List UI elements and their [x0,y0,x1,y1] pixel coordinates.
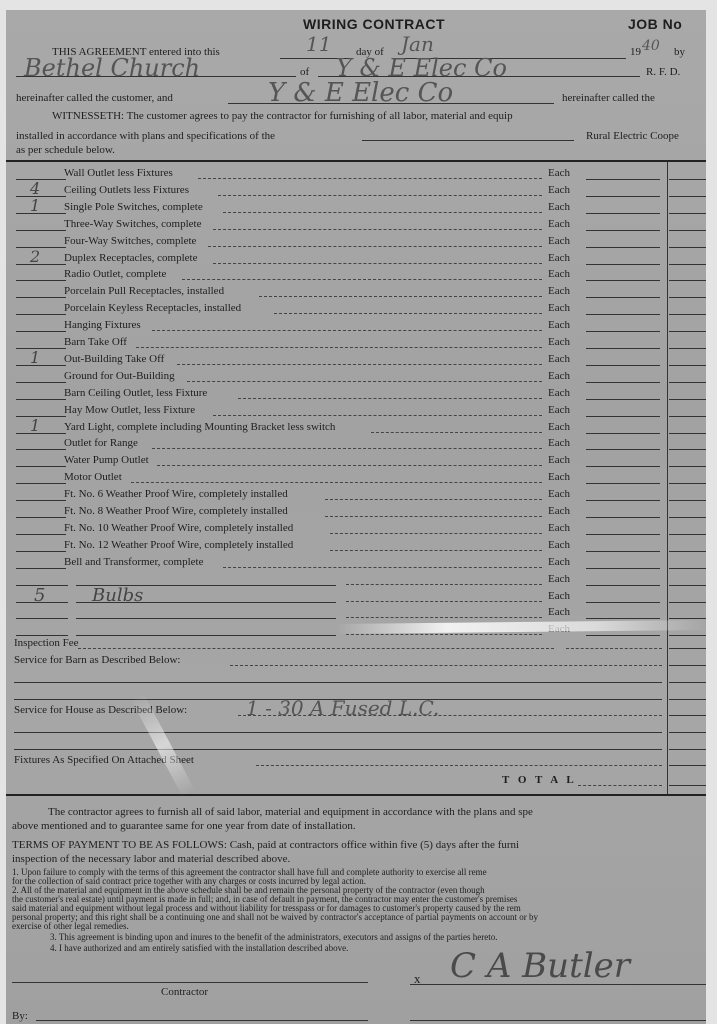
schedule-row: Radio Outlet, completeEach [6,267,706,284]
leader-dots [330,550,542,551]
inspection-fee-leader [78,648,554,649]
amount-line [669,732,706,733]
amount-field[interactable] [669,483,706,484]
schedule-row: Hanging FixturesEach [6,318,706,335]
amount-field[interactable] [669,179,706,180]
schedule-row: Porcelain Keyless Receptacles, installed… [6,301,706,318]
unit-price-field[interactable] [586,433,660,434]
amount-field[interactable] [669,348,706,349]
unit-label: Each [548,319,570,331]
leader-dots [218,195,542,196]
leader-dots [187,381,542,382]
item-label: Ft. No. 6 Weather Proof Wire, completely… [64,488,288,500]
inspection-fee-label: Inspection Fee [14,637,78,649]
item-description-field[interactable] [76,618,336,619]
schedule-row: Three-Way Switches, completeEach [6,217,706,234]
leader-dots [346,634,542,635]
item-description-value: Bulbs [92,585,143,606]
leader-dots [213,263,542,264]
unit-price-field[interactable] [586,196,660,197]
leader-dots [131,482,542,483]
amount-line [669,749,706,750]
leader-dots [152,330,542,331]
item-label: Hay Mow Outlet, less Fixture [64,404,195,416]
quantity-field[interactable] [16,382,66,383]
year-prefix: 19 [630,46,641,58]
day-value: 11 [306,32,331,56]
unit-label: Each [548,573,570,585]
item-label: Out-Building Take Off [64,353,164,365]
schedule-row: 1Yard Light, complete including Mounting… [6,420,706,437]
quantity-field[interactable] [16,331,66,332]
unit-price-field[interactable] [586,348,660,349]
schedule-row: 1Out-Building Take OffEach [6,352,706,369]
unit-label: Each [548,539,570,551]
quantity-value: 5 [34,585,45,606]
item-label: Barn Take Off [64,336,127,348]
quantity-field[interactable] [16,399,66,400]
quantity-field[interactable] [16,348,66,349]
hereinafter-customer-text: hereinafter called the customer, and [16,92,173,104]
schedule-row: Hay Mow Outlet, less FixtureEach [6,403,706,420]
amount-field[interactable] [669,230,706,231]
unit-price-field[interactable] [586,618,660,619]
amount-field[interactable] [669,433,706,434]
leader-dots [325,499,542,500]
unit-label: Each [548,454,570,466]
schedule-row: Ft. No. 10 Weather Proof Wire, completel… [6,521,706,538]
quantity-field[interactable] [16,280,66,281]
leader-dots [223,567,542,568]
amount-field[interactable] [669,551,706,552]
quantity-field[interactable] [16,365,66,366]
item-label: Three-Way Switches, complete [64,218,201,230]
quantity-field[interactable] [16,466,66,467]
unit-price-field[interactable] [586,466,660,467]
amount-field[interactable] [669,416,706,417]
quantity-value: 1 [30,416,40,435]
quantity-field[interactable] [16,449,66,450]
leader-dots [238,398,542,399]
quantity-value: 1 [30,348,40,367]
unit-label: Each [548,488,570,500]
quantity-field[interactable] [16,297,66,298]
amount-field[interactable] [669,213,706,214]
schedule-row: Ft. No. 12 Weather Proof Wire, completel… [6,538,706,555]
item-label: Radio Outlet, complete [64,268,166,280]
schedule-row: Ground for Out-BuildingEach [6,369,706,386]
item-label: Bell and Transformer, complete [64,556,203,568]
amount-field[interactable] [669,331,706,332]
unit-price-field[interactable] [586,585,660,586]
amount-line [669,715,706,716]
amount-line [669,785,706,786]
amount-field[interactable] [669,466,706,467]
barn-service-label: Service for Barn as Described Below: [14,654,180,666]
unit-label: Each [548,471,570,483]
contractor-name-value: Y & E Elec Co [268,78,453,108]
leader-dots [330,533,542,534]
schedule-row: 1Single Pole Switches, completeEach [6,200,706,217]
clause-2e: exercise of other legal remedies. [12,921,129,931]
quantity-field[interactable] [16,416,66,417]
unit-price-field[interactable] [586,264,660,265]
quantity-field[interactable] [16,551,66,552]
schedule-row: Outlet for RangeEach [6,436,706,453]
unit-label: Each [548,235,570,247]
house-service-label: Service for House as Described Below: [14,704,187,716]
leader-dots [346,601,542,602]
item-label: Porcelain Pull Receptacles, installed [64,285,224,297]
unit-price-field[interactable] [586,247,660,248]
unit-price-field[interactable] [586,551,660,552]
unit-price-field[interactable] [586,416,660,417]
amount-field[interactable] [669,534,706,535]
amount-field[interactable] [669,264,706,265]
unit-price-field[interactable] [586,602,660,603]
quantity-field[interactable] [16,179,66,180]
leader-dots [325,516,542,517]
unit-label: Each [548,201,570,213]
leader-dots [136,347,542,348]
quantity-field[interactable] [16,618,68,619]
leader-dots [157,465,542,466]
unit-price-field[interactable] [586,635,660,636]
item-label: Wall Outlet less Fixtures [64,167,173,179]
item-label: Outlet for Range [64,437,138,449]
unit-label: Each [548,556,570,568]
unit-price-field[interactable] [586,517,660,518]
contractor-signature-line[interactable] [12,982,368,983]
unit-price-field[interactable] [586,568,660,569]
unit-price-field[interactable] [586,280,660,281]
item-label: Motor Outlet [64,471,122,483]
barn-service-field[interactable] [230,665,662,666]
item-label: Duplex Receptacles, complete [64,252,197,264]
schedule-row: Motor OutletEach [6,470,706,487]
schedule-row: Water Pump OutletEach [6,453,706,470]
unit-label: Each [548,285,570,297]
amount-field[interactable] [669,382,706,383]
cooperative-name-field[interactable] [362,140,574,141]
amount-field[interactable] [669,247,706,248]
leader-dots [371,432,542,433]
schedule-row: 4Ceiling Outlets less FixturesEach [6,183,706,200]
leader-dots [274,313,542,314]
item-label: Yard Light, complete including Mounting … [64,421,335,433]
schedule-row: Ft. No. 6 Weather Proof Wire, completely… [6,487,706,504]
unit-price-field[interactable] [586,449,660,450]
amount-line [669,765,706,766]
amount-line [669,665,706,666]
item-description-field[interactable] [76,635,336,636]
schedule-bottom-rule [6,794,706,796]
year-value: 40 [642,38,660,54]
amount-field[interactable] [669,517,706,518]
unit-label: Each [548,353,570,365]
quantity-value: 1 [30,196,40,215]
unit-label: Each [548,370,570,382]
clause-3: 3. This agreement is binding upon and in… [50,932,497,942]
customer-signature: C A Butler [450,946,630,986]
amount-field[interactable] [669,635,706,636]
leader-dots [213,415,542,416]
inspection-fee-amount[interactable] [566,648,662,649]
item-label: Ft. No. 8 Weather Proof Wire, completely… [64,505,288,517]
leader-dots [346,617,542,618]
leader-dots [213,229,542,230]
schedule-blank-row: 5BulbsEach [6,589,706,606]
clause-4: 4. I have authorized and am entirely sat… [50,943,348,953]
quantity-field[interactable] [16,247,66,248]
of-label: of [300,66,309,78]
schedule-row: Barn Take OffEach [6,335,706,352]
item-label: Ft. No. 12 Weather Proof Wire, completel… [64,539,293,551]
unit-label: Each [548,404,570,416]
leader-dots [346,584,542,585]
leader-dots [182,279,542,280]
amount-field[interactable] [669,365,706,366]
amount-field[interactable] [669,399,706,400]
item-label: Hanging Fixtures [64,319,141,331]
schedule-top-rule [6,160,706,162]
amount-field[interactable] [669,602,706,603]
schedule-row: Four-Way Switches, completeEach [6,234,706,251]
unit-label: Each [548,606,570,618]
by-signature-label: By: [12,1010,28,1022]
unit-label: Each [548,167,570,179]
quantity-field[interactable] [16,568,66,569]
unit-label: Each [548,218,570,230]
leader-dots [223,212,542,213]
item-label: Water Pump Outlet [64,454,149,466]
leader-dots [208,246,542,247]
item-label: Ceiling Outlets less Fixtures [64,184,189,196]
amount-line [669,699,706,700]
unit-label: Each [548,522,570,534]
unit-label: Each [548,505,570,517]
quantity-field[interactable] [16,196,66,197]
unit-price-field[interactable] [586,534,660,535]
house-service-line-3[interactable] [14,749,662,750]
quantity-field[interactable] [16,517,66,518]
unit-price-field[interactable] [586,365,660,366]
unit-label: Each [548,268,570,280]
rfd-label: R. F. D. [646,66,680,78]
amount-line [669,682,706,683]
unit-label: Each [548,387,570,399]
guarantee-text-2: above mentioned and to guarantee same fo… [12,820,356,832]
schedule-row: 2Duplex Receptacles, completeEach [6,251,706,268]
fixtures-field[interactable] [256,765,662,766]
unit-label: Each [548,421,570,433]
unit-price-field[interactable] [586,213,660,214]
amount-field[interactable] [669,585,706,586]
quantity-field[interactable] [16,483,66,484]
quantity-field[interactable] [16,230,66,231]
total-label: T O T A L [502,774,577,786]
schedule-row: Ft. No. 8 Weather Proof Wire, completely… [6,504,706,521]
item-label: Four-Way Switches, complete [64,235,196,247]
quantity-value: 2 [30,247,40,266]
leader-dots [259,296,542,297]
job-number-label: JOB No [628,16,682,32]
leader-dots [152,448,542,449]
specifications-text: installed in accordance with plans and s… [16,130,275,142]
unit-price-field[interactable] [586,297,660,298]
house-service-line-2[interactable] [14,732,662,733]
by-signature-line[interactable] [36,1020,368,1021]
witnesseth-text: WITNESSETH: The customer agrees to pay t… [52,110,513,122]
unit-label: Each [548,184,570,196]
item-label: Single Pole Switches, complete [64,201,203,213]
hereinafter-contractor-text: hereinafter called the [562,92,655,104]
total-amount-field[interactable] [578,785,662,786]
month-value: Jan [401,32,434,56]
schedule-row: Bell and Transformer, completeEach [6,555,706,572]
quantity-field[interactable] [16,433,66,434]
contractor-label: Contractor [161,986,208,998]
unit-price-field[interactable] [586,179,660,180]
unit-price-field[interactable] [586,382,660,383]
unit-price-field[interactable] [586,331,660,332]
unit-label: Each [548,336,570,348]
amount-field[interactable] [669,196,706,197]
unit-price-field[interactable] [586,230,660,231]
payment-terms-2: inspection of the necessary labor and ma… [12,853,290,865]
unit-label: Each [548,302,570,314]
cooperative-label: Rural Electric Coope [586,130,679,142]
schedule-row: Porcelain Pull Receptacles, installedEac… [6,284,706,301]
payment-terms-1: TERMS OF PAYMENT TO BE AS FOLLOWS: Cash,… [12,839,519,851]
leader-dots [198,178,543,179]
item-label: Barn Ceiling Outlet, less Fixture [64,387,207,399]
item-label: Ground for Out-Building [64,370,175,382]
amount-field[interactable] [669,568,706,569]
item-label: Ft. No. 10 Weather Proof Wire, completel… [64,522,293,534]
unit-label: Each [548,590,570,602]
quantity-field[interactable] [16,314,66,315]
schedule-blank-row: Each [6,605,706,622]
quantity-field[interactable] [16,500,66,501]
by-label: by [674,46,685,58]
unit-label: Each [548,437,570,449]
leader-dots [177,364,542,365]
unit-price-field[interactable] [586,483,660,484]
unit-label: Each [548,252,570,264]
quantity-field[interactable] [16,264,66,265]
item-label: Porcelain Keyless Receptacles, installed [64,302,241,314]
amount-field[interactable] [669,314,706,315]
amount-field[interactable] [669,449,706,450]
schedule-intro: as per schedule below. [16,144,115,156]
customer-name-value: Bethel Church [24,54,200,82]
unit-price-field[interactable] [586,399,660,400]
quantity-field[interactable] [16,213,66,214]
house-service-value: 1 - 30 A Fused L.C. [246,696,439,720]
document-title: WIRING CONTRACT [303,16,445,32]
schedule-row: Barn Ceiling Outlet, less FixtureEach [6,386,706,403]
barn-service-line-2[interactable] [14,682,662,683]
amount-line [669,648,706,649]
unit-price-field[interactable] [586,500,660,501]
quantity-field[interactable] [16,534,66,535]
amount-field[interactable] [669,297,706,298]
wiring-contract-document: WIRING CONTRACT JOB No THIS AGREEMENT en… [6,10,706,1024]
amount-field[interactable] [669,280,706,281]
customer-signature-line-2[interactable] [410,1020,706,1021]
schedule-row: Wall Outlet less FixturesEach [6,166,706,183]
amount-field[interactable] [669,500,706,501]
unit-price-field[interactable] [586,314,660,315]
guarantee-text-1: The contractor agrees to furnish all of … [48,806,533,818]
